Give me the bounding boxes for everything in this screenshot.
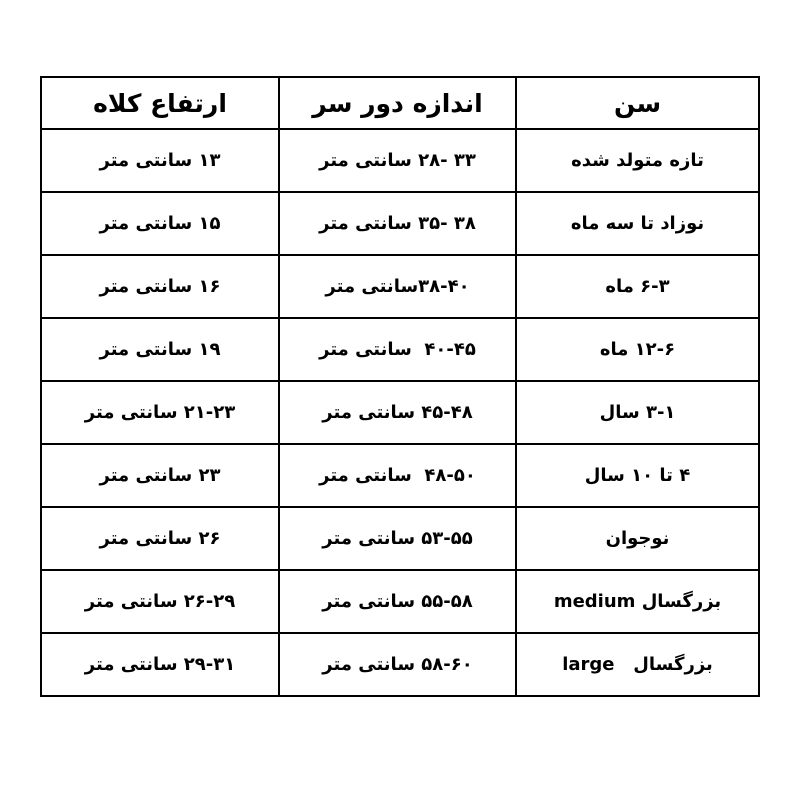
cell-head-circumference: ۴۸-۵۰ سانتی متر (279, 444, 516, 507)
table-header: سن اندازه دور سر ارتفاع کلاه (41, 77, 759, 129)
cell-hat-height: ۱۹ سانتی متر (41, 318, 279, 381)
cell-head-circumference: ۴۰-۴۵ سانتی متر (279, 318, 516, 381)
cell-hat-height: ۲۶-۲۹ سانتی متر (41, 570, 279, 633)
cell-hat-height: ۱۶ سانتی متر (41, 255, 279, 318)
cell-hat-height: ۲۶ سانتی متر (41, 507, 279, 570)
table-row: نوزاد تا سه ماه ۳۸ -۳۵ سانتی متر ۱۵ سانت… (41, 192, 759, 255)
cell-age: ۶-۳ ماه (516, 255, 759, 318)
cell-head-circumference: ۳۳ -۲۸ سانتی متر (279, 129, 516, 192)
table-row: ۳-۱ سال ۴۵-۴۸ سانتی متر ۲۱-۲۳ سانتی متر (41, 381, 759, 444)
hat-size-table: سن اندازه دور سر ارتفاع کلاه تازه متولد … (40, 76, 760, 697)
cell-hat-height: ۲۱-۲۳ سانتی متر (41, 381, 279, 444)
cell-hat-height: ۱۳ سانتی متر (41, 129, 279, 192)
cell-hat-height: ۲۳ سانتی متر (41, 444, 279, 507)
table-row: بزرگسال medium ۵۵-۵۸ سانتی متر ۲۶-۲۹ سان… (41, 570, 759, 633)
table-row: بزرگسال large ۵۸-۶۰ سانتی متر ۲۹-۳۱ سانت… (41, 633, 759, 696)
cell-head-circumference: ۳۸-۴۰سانتی متر (279, 255, 516, 318)
cell-age: ۱۲-۶ ماه (516, 318, 759, 381)
table-row: تازه متولد شده ۳۳ -۲۸ سانتی متر ۱۳ سانتی… (41, 129, 759, 192)
cell-age: نوزاد تا سه ماه (516, 192, 759, 255)
table-row: ۱۲-۶ ماه ۴۰-۴۵ سانتی متر ۱۹ سانتی متر (41, 318, 759, 381)
cell-age: بزرگسال large (516, 633, 759, 696)
cell-head-circumference: ۴۵-۴۸ سانتی متر (279, 381, 516, 444)
cell-age: ۳-۱ سال (516, 381, 759, 444)
header-cell-hat-height: ارتفاع کلاه (41, 77, 279, 129)
table-body: تازه متولد شده ۳۳ -۲۸ سانتی متر ۱۳ سانتی… (41, 129, 759, 696)
table-row: ۶-۳ ماه ۳۸-۴۰سانتی متر ۱۶ سانتی متر (41, 255, 759, 318)
cell-head-circumference: ۵۵-۵۸ سانتی متر (279, 570, 516, 633)
header-cell-head-circumference: اندازه دور سر (279, 77, 516, 129)
cell-hat-height: ۲۹-۳۱ سانتی متر (41, 633, 279, 696)
cell-hat-height: ۱۵ سانتی متر (41, 192, 279, 255)
header-cell-age: سن (516, 77, 759, 129)
cell-head-circumference: ۳۸ -۳۵ سانتی متر (279, 192, 516, 255)
table-row: نوجوان ۵۳-۵۵ سانتی متر ۲۶ سانتی متر (41, 507, 759, 570)
page-canvas: سن اندازه دور سر ارتفاع کلاه تازه متولد … (0, 0, 800, 800)
cell-age: ۴ تا ۱۰ سال (516, 444, 759, 507)
header-row: سن اندازه دور سر ارتفاع کلاه (41, 77, 759, 129)
cell-head-circumference: ۵۳-۵۵ سانتی متر (279, 507, 516, 570)
cell-age: نوجوان (516, 507, 759, 570)
cell-head-circumference: ۵۸-۶۰ سانتی متر (279, 633, 516, 696)
cell-age: تازه متولد شده (516, 129, 759, 192)
cell-age: بزرگسال medium (516, 570, 759, 633)
table-row: ۴ تا ۱۰ سال ۴۸-۵۰ سانتی متر ۲۳ سانتی متر (41, 444, 759, 507)
